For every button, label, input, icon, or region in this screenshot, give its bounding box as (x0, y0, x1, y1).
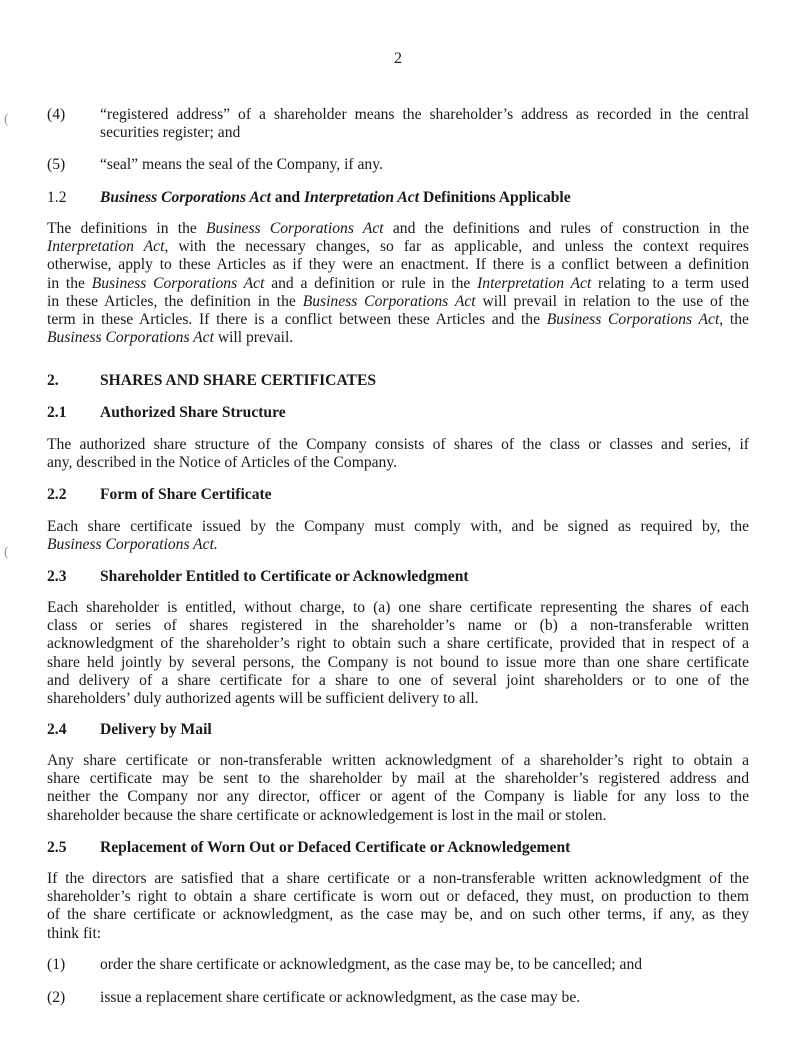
section-number: 2.3 (47, 568, 67, 586)
paragraph-line: If the directors are satisfied that a sh… (47, 870, 749, 888)
paragraph-2-1: The authorized share structure of the Co… (47, 436, 749, 472)
item-text: order the share certificate or acknowled… (100, 956, 749, 974)
section-number: 2.5 (47, 839, 67, 857)
section-number: 1.2 (47, 189, 67, 207)
definition-item-4: (4) “registered address” of a shareholde… (47, 106, 749, 146)
paragraph-line: class or series of shares registered in … (47, 617, 749, 635)
paragraph-line: in the Business Corporations Act and a d… (47, 275, 749, 293)
paragraph-line: Business Corporations Act will prevail. (47, 329, 749, 347)
paragraph-line: shareholders’ duly authorized agents wil… (47, 690, 749, 708)
paragraph-2-5: If the directors are satisfied that a sh… (47, 870, 749, 943)
section-title: Business Corporations Act and Interpreta… (100, 189, 571, 207)
item-number: (2) (47, 989, 65, 1007)
item-number: (4) (47, 106, 65, 124)
section-number: 2.2 (47, 486, 67, 504)
paragraph-2-3: Each shareholder is entitled, without ch… (47, 599, 749, 708)
item-text-line: “registered address” of a shareholder me… (100, 106, 749, 124)
section-title: SHARES AND SHARE CERTIFICATES (100, 372, 376, 390)
definition-item-5: (5) “seal” means the seal of the Company… (47, 156, 749, 176)
section-title: Form of Share Certificate (100, 486, 272, 504)
scan-artifact: ( (4, 545, 9, 561)
paragraph-line: Each share certificate issued by the Com… (47, 518, 749, 536)
paragraph-line: Interpretation Act, with the necessary c… (47, 238, 749, 256)
paragraph-line: think fit: (47, 925, 749, 943)
item-number: (5) (47, 156, 65, 174)
section-title: Authorized Share Structure (100, 404, 286, 422)
paragraph-line: The authorized share structure of the Co… (47, 436, 749, 454)
section-number: 2.4 (47, 721, 67, 739)
title-part: Definitions Applicable (419, 189, 571, 206)
paragraph-2-4: Any share certificate or non-transferabl… (47, 752, 749, 825)
paragraph-2-2: Each share certificate issued by the Com… (47, 518, 749, 554)
paragraph-line: in these Articles, the definition in the… (47, 293, 749, 311)
paragraph-line: Each shareholder is entitled, without ch… (47, 599, 749, 617)
title-part: and (271, 189, 304, 206)
paragraph-line: of the share certificate or acknowledgme… (47, 906, 749, 924)
paragraph-line: Business Corporations Act. (47, 536, 749, 554)
paragraph-line: any, described in the Notice of Articles… (47, 454, 749, 472)
section-number: 2. (47, 372, 59, 390)
paragraph-line: share certificate may be sent to the sha… (47, 770, 749, 788)
section-title: Delivery by Mail (100, 721, 212, 739)
item-text: issue a replacement share certificate or… (100, 989, 749, 1007)
paragraph-1-2: The definitions in the Business Corporat… (47, 220, 749, 347)
section-title: Replacement of Worn Out or Defaced Certi… (100, 839, 570, 857)
title-italic: Interpretation Act (304, 189, 419, 206)
paragraph-line: share held jointly by several persons, t… (47, 654, 749, 672)
scan-artifact: ( (4, 112, 9, 128)
paragraph-line: and delivery of a share certificate for … (47, 672, 749, 690)
title-italic: Business Corporations Act (100, 189, 271, 206)
paragraph-line: The definitions in the Business Corporat… (47, 220, 749, 238)
section-title: Shareholder Entitled to Certificate or A… (100, 568, 469, 586)
paragraph-line: Any share certificate or non-transferabl… (47, 752, 749, 770)
item-number: (1) (47, 956, 65, 974)
list-item-1: (1) order the share certificate or ackno… (47, 956, 749, 976)
page-number: 2 (0, 50, 796, 68)
section-number: 2.1 (47, 404, 67, 422)
paragraph-line: neither the Company nor any director, of… (47, 788, 749, 806)
paragraph-line: shareholder because the share certificat… (47, 807, 749, 825)
paragraph-line: otherwise, apply to these Articles as if… (47, 256, 749, 274)
paragraph-line: shareholder’s right to obtain a share ce… (47, 888, 749, 906)
item-text-line: securities register; and (100, 124, 749, 142)
paragraph-line: acknowledgment of the shareholder’s righ… (47, 635, 749, 653)
item-text-line: “seal” means the seal of the Company, if… (100, 156, 749, 174)
list-item-2: (2) issue a replacement share certificat… (47, 989, 749, 1009)
paragraph-line: term in these Articles. If there is a co… (47, 311, 749, 329)
